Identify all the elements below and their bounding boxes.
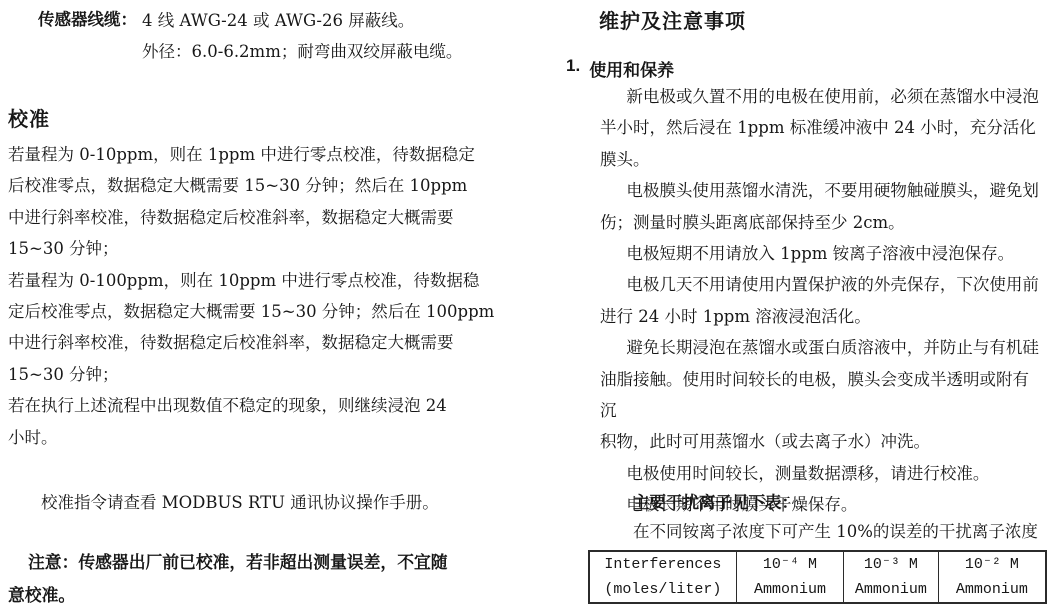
section-number: 1. xyxy=(566,56,580,81)
sensor-cable-label: 传感器线缆： xyxy=(38,5,137,36)
maintenance-paragraph-days-storage: 电极几天不用请使用内置保护液的外壳保存，下次使用前 进行 24 小时 1ppm … xyxy=(600,269,1043,332)
table-header-1e-2-ammonium: 10⁻² M Ammonium xyxy=(938,551,1046,603)
sensor-cable-value: 4 线 AWG-24 或 AWG-26 屏蔽线。 外径：6.0-6.2mm；耐弯… xyxy=(142,5,462,67)
calibration-paragraph-range-0-10ppm: 若量程为 0-10ppm，则在 1ppm 中进行零点校准，待数据稳定 后校准零点… xyxy=(8,139,516,265)
document-page: 传感器线缆： 4 线 AWG-24 或 AWG-26 屏蔽线。 外径：6.0-6… xyxy=(0,0,1047,608)
section-title: 使用和保养 xyxy=(589,56,674,81)
table-header-1e-4-ammonium: 10⁻⁴ M Ammonium xyxy=(736,551,843,603)
maintenance-heading: 维护及注意事项 xyxy=(599,5,746,34)
maintenance-paragraphs: 新电极或久置不用的电极在使用前，必须在蒸馏水中浸泡 半小时，然后浸在 1ppm … xyxy=(600,81,1043,521)
maintenance-paragraph-activation: 新电极或久置不用的电极在使用前，必须在蒸馏水中浸泡 半小时，然后浸在 1ppm … xyxy=(600,81,1043,175)
section-1-heading: 1. 使用和保养 xyxy=(566,56,674,81)
calibration-paragraphs: 若量程为 0-10ppm，则在 1ppm 中进行零点校准，待数据稳定 后校准零点… xyxy=(8,139,516,453)
interference-table-header-row: Interferences (moles/liter) 10⁻⁴ M Ammon… xyxy=(589,551,1046,603)
sensor-cable-spec: 传感器线缆： 4 线 AWG-24 或 AWG-26 屏蔽线。 外径：6.0-6… xyxy=(38,5,462,67)
interference-table-title: 主要干扰离子见下表： xyxy=(633,489,798,513)
table-header-interferences: Interferences (moles/liter) xyxy=(589,551,736,603)
modbus-reference-note: 校准指令请查看 MODBUS RTU 通讯协议操作手册。 xyxy=(8,487,516,518)
calibration-paragraph-unstable-soak: 若在执行上述流程中出现数值不稳定的现象，则继续浸泡 24 小时。 xyxy=(8,390,516,453)
maintenance-paragraph-drift-recalibrate: 电极使用时间较长，测量数据漂移，请进行校准。 xyxy=(600,458,1043,489)
table-header-1e-3-ammonium: 10⁻³ M Ammonium xyxy=(844,551,939,603)
calibration-paragraph-range-0-100ppm: 若量程为 0-100ppm，则在 10ppm 中进行零点校准，待数据稳 定后校准… xyxy=(8,265,516,391)
maintenance-paragraph-avoid-soaking: 避免长期浸泡在蒸馏水或蛋白质溶液中，并防止与有机硅 油脂接触。使用时间较长的电极… xyxy=(600,332,1043,458)
interference-table-intro: 在不同铵离子浓度下可产生 10%的误差的干扰离子浓度 xyxy=(633,518,1038,542)
maintenance-paragraph-cleaning: 电极膜头使用蒸馏水清洗，不要用硬物触碰膜头，避免划 伤；测量时膜头距离底部保持至… xyxy=(600,175,1043,238)
calibration-heading: 校准 xyxy=(8,103,50,132)
factory-calibration-notice: 注意：传感器出厂前已校准，若非超出测量误差，不宜随 意校准。 xyxy=(8,546,516,608)
interference-table: Interferences (moles/liter) 10⁻⁴ M Ammon… xyxy=(588,550,1047,604)
maintenance-paragraph-short-term-storage: 电极短期不用请放入 1ppm 铵离子溶液中浸泡保存。 xyxy=(600,238,1043,269)
